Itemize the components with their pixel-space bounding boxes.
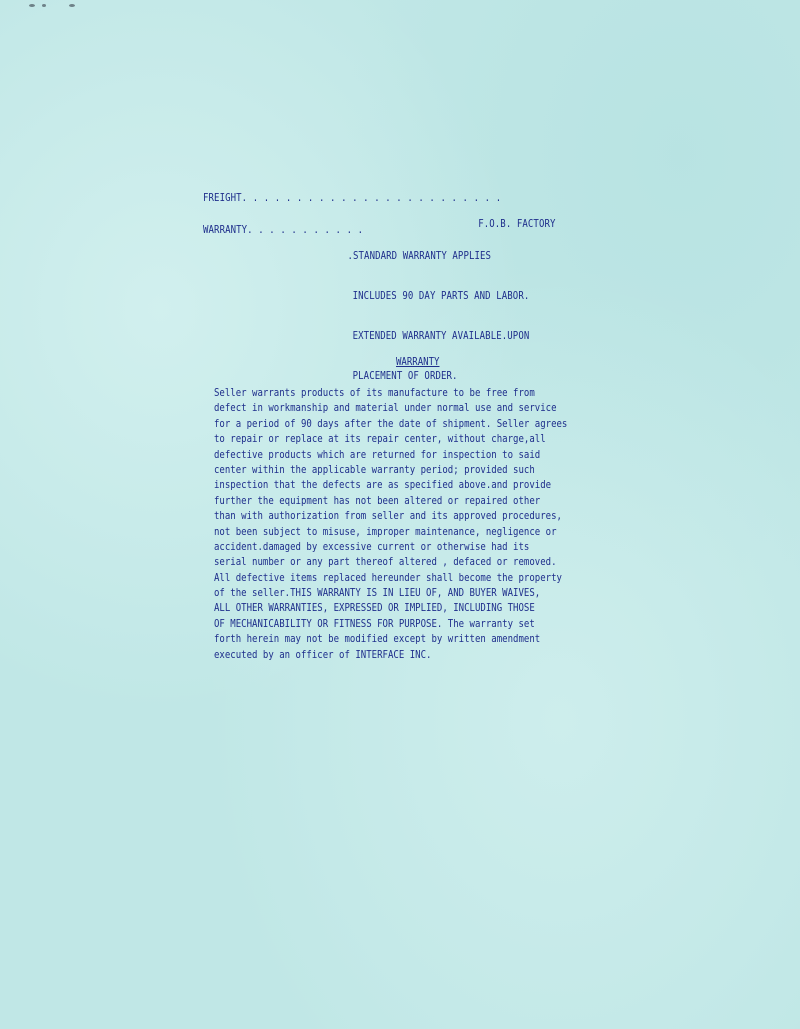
paper-mark — [29, 4, 35, 7]
warranty-text-line: of the seller.THIS WARRANTY IS IN LIEU O… — [214, 586, 567, 601]
warranty-text-line: than with authorization from seller and … — [214, 509, 567, 524]
warranty-text-line: not been subject to misuse, improper mai… — [214, 525, 567, 540]
warranty-text-line: further the equipment has not been alter… — [214, 494, 567, 509]
warranty-text-line: accident.damaged by excessive current or… — [214, 540, 567, 555]
warranty-text-line: to repair or replace at its repair cente… — [214, 432, 567, 447]
warranty-text-line: ALL OTHER WARRANTIES, EXPRESSED OR IMPLI… — [214, 601, 567, 616]
warranty-text-line: for a period of 90 days after the date o… — [214, 417, 567, 432]
paper-mark — [42, 4, 46, 7]
warranty-text-line: center within the applicable warranty pe… — [214, 463, 567, 478]
warranty-text-line: Seller warrants products of its manufact… — [214, 386, 567, 401]
warranty-text-line: defect in workmanship and material under… — [214, 401, 567, 416]
warranty-value-line: .STANDARD WARRANTY APPLIES — [347, 248, 529, 264]
warranty-text-line: executed by an officer of INTERFACE INC. — [214, 648, 567, 663]
warranty-label: WARRANTY. . . . . . . . . . . — [203, 224, 347, 408]
warranty-paragraph: Seller warrants products of its manufact… — [214, 386, 567, 663]
warranty-text-line: forth herein may not be modified except … — [214, 632, 567, 647]
warranty-value-line: INCLUDES 90 DAY PARTS AND LABOR. — [347, 288, 529, 304]
warranty-text-line: defective products which are returned fo… — [214, 448, 567, 463]
warranty-heading: WARRANTY — [396, 356, 439, 368]
warranty-value-line: EXTENDED WARRANTY AVAILABLE.UPON — [347, 328, 529, 344]
warranty-text-line: serial number or any part thereof altere… — [214, 555, 567, 570]
warranty-value-line: PLACEMENT OF ORDER. — [347, 368, 529, 384]
warranty-text-line: OF MECHANICABILITY OR FITNESS FOR PURPOS… — [214, 617, 567, 632]
warranty-text-line: inspection that the defects are as speci… — [214, 478, 567, 493]
warranty-text-line: All defective items replaced hereunder s… — [214, 571, 567, 586]
paper-mark — [69, 4, 75, 7]
